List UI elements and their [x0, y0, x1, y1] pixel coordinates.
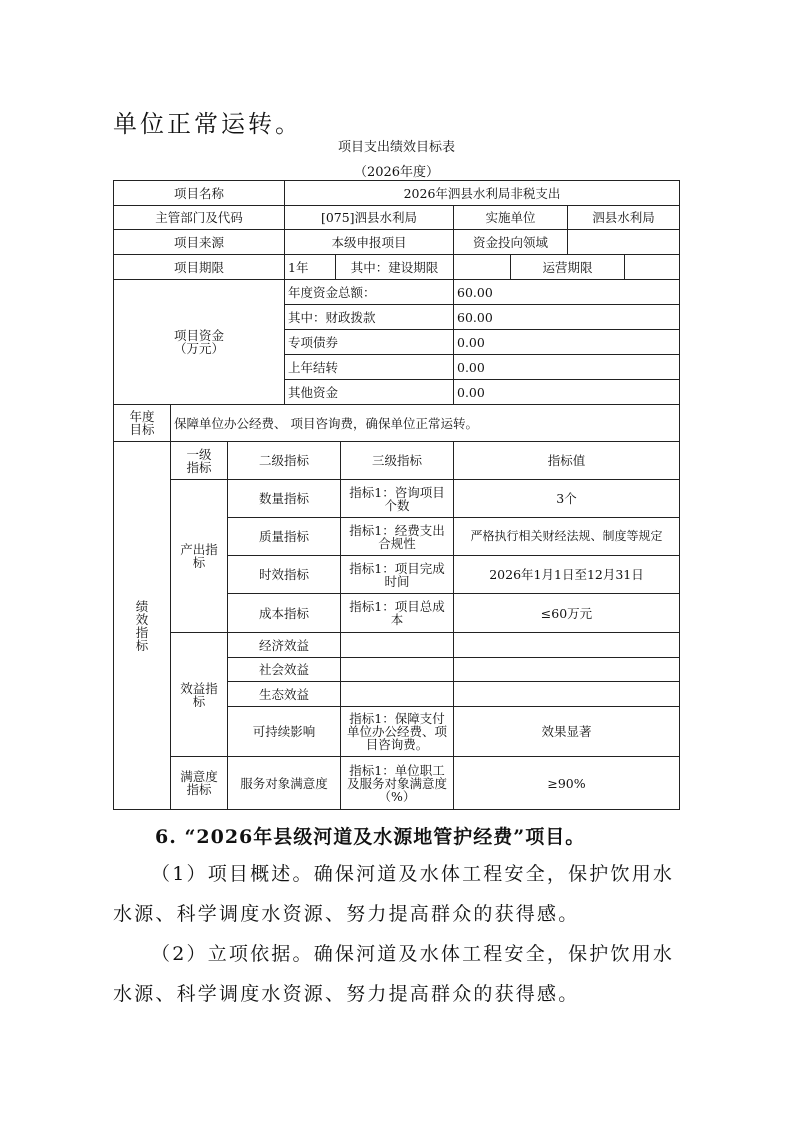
paragraph-overview-line2: 水源、科学调度水资源、努力提高群众的获得感。	[113, 894, 683, 934]
funding-row-value: 60.00	[453, 304, 680, 330]
invest-field-value	[567, 229, 680, 255]
period-value: 1年	[284, 254, 336, 280]
build-period-label: 其中：建设期限	[335, 254, 454, 280]
level2-cell: 数量指标	[227, 479, 341, 518]
level2-cell: 时效指标	[227, 555, 341, 594]
source-value: 本级申报项目	[284, 229, 454, 255]
level3-cell	[340, 632, 454, 658]
level2-cell: 可持续影响	[227, 706, 341, 757]
level3-cell	[340, 681, 454, 707]
dept-value: [075]泗县水利局	[284, 205, 454, 230]
level3-cell: 指标1：咨询项目 个数	[340, 479, 454, 518]
level2-cell: 质量指标	[227, 517, 341, 556]
annual-goal-text: 保障单位办公经费、 项目咨询费，确保单位正常运转。	[170, 404, 680, 442]
dept-label: 主管部门及代码	[113, 205, 285, 230]
lead-text: 单位正常运转。	[113, 104, 302, 139]
table-year: （2026年度）	[0, 161, 793, 180]
value-cell: ≤60万元	[453, 593, 680, 633]
level3-cell: 指标1：保障支付 单位办公经费、项 目咨询费。	[340, 706, 454, 757]
level2-cell: 生态效益	[227, 681, 341, 707]
funding-row-value: 0.00	[453, 379, 680, 405]
value-cell: 严格执行相关财经法规、制度等规定	[453, 517, 680, 556]
impl-unit-label: 实施单位	[453, 205, 568, 230]
paragraph-overview-line1: （1）项目概述。确保河道及水体工程安全，保护饮用水	[113, 854, 683, 894]
level2-cell: 服务对象满意度	[227, 756, 341, 810]
value-cell: 3个	[453, 479, 680, 518]
period-label: 项目期限	[113, 254, 285, 280]
funding-row-value: 0.00	[453, 329, 680, 355]
funding-row-label: 其他资金	[284, 379, 454, 405]
source-label: 项目来源	[113, 229, 285, 255]
funding-row-value: 60.00	[453, 279, 680, 305]
impl-unit-value: 泗县水利局	[567, 205, 680, 230]
level3-cell: 指标1：项目完成 时间	[340, 555, 454, 594]
value-cell	[453, 681, 680, 707]
funding-row-value: 0.00	[453, 354, 680, 380]
benefit-group-label: 效益指 标	[170, 632, 228, 757]
level3-cell: 指标1：经费支出 合规性	[340, 517, 454, 556]
performance-side-label: 绩 效 指 标	[113, 441, 171, 810]
paragraph-basis-line1: （2）立项依据。确保河道及水体工程安全，保护饮用水	[113, 934, 683, 974]
value-cell: 效果显著	[453, 706, 680, 757]
invest-field-label: 资金投向领域	[453, 229, 568, 255]
level2-cell: 社会效益	[227, 657, 341, 682]
header-value: 指标值	[453, 441, 680, 480]
funding-row-label: 专项债券	[284, 329, 454, 355]
operate-period-label: 运营期限	[510, 254, 625, 280]
header-level3: 三级指标	[340, 441, 454, 480]
value-cell: ≥90%	[453, 756, 680, 810]
level3-cell: 指标1：项目总成 本	[340, 593, 454, 633]
value-cell	[453, 657, 680, 682]
value-cell: 2026年1月1日至12月31日	[453, 555, 680, 594]
section-title: 6. “2026年县级河道及水源地管护经费”项目。	[155, 822, 585, 849]
table-title: 项目支出绩效目标表	[0, 136, 793, 155]
level3-cell	[340, 657, 454, 682]
paragraph-basis-line2: 水源、科学调度水资源、努力提高群众的获得感。	[113, 974, 683, 1014]
funding-label: 项目资金 （万元）	[113, 279, 285, 405]
funding-row-label: 上年结转	[284, 354, 454, 380]
level3-cell: 指标1：单位职工 及服务对象满意度 （%）	[340, 756, 454, 810]
project-name-label: 项目名称	[113, 180, 285, 206]
funding-row-label: 其中：财政拨款	[284, 304, 454, 330]
output-group-label: 产出指 标	[170, 479, 228, 633]
level2-cell: 成本指标	[227, 593, 341, 633]
funding-row-label: 年度资金总额：	[284, 279, 454, 305]
header-level2: 二级指标	[227, 441, 341, 480]
build-period-value	[453, 254, 511, 280]
operate-period-value	[624, 254, 680, 280]
satisfaction-group-label: 满意度 指标	[170, 756, 228, 810]
annual-goal-label: 年度 目标	[113, 404, 171, 442]
project-name-value: 2026年泗县水利局非税支出	[284, 180, 680, 206]
value-cell	[453, 632, 680, 658]
header-level1: 一级 指标	[170, 441, 228, 480]
level2-cell: 经济效益	[227, 632, 341, 658]
